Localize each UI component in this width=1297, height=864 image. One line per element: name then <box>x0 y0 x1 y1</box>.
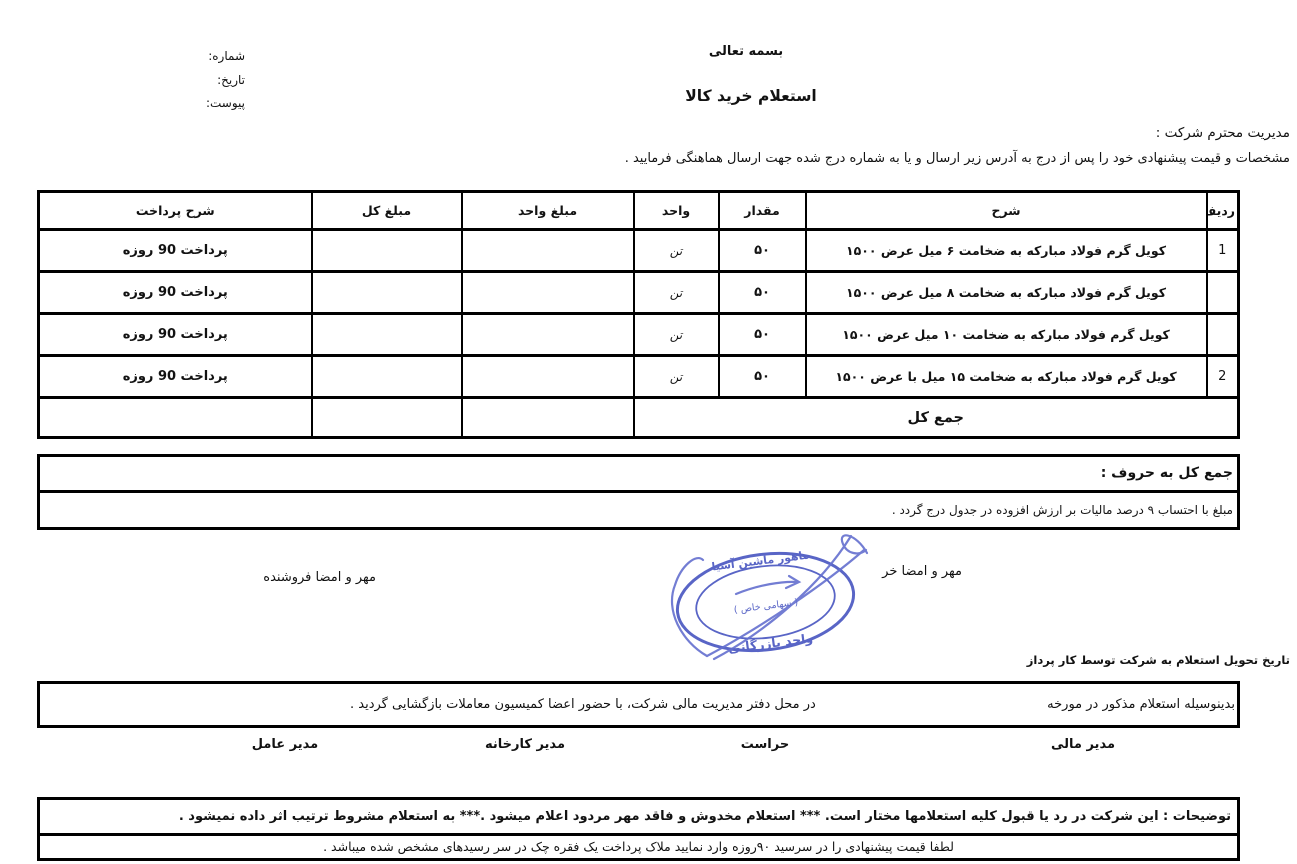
header-unit-price: مبلغ واحد <box>462 192 634 230</box>
row-total-blank <box>312 356 462 398</box>
header-row-no: ردیف <box>1207 192 1239 230</box>
attachment-label: پیوست: <box>155 92 245 116</box>
table-row: کویل گرم فولاد مبارکه به ضخامت ۸ میل عرض… <box>39 272 1239 314</box>
row-description: کویل گرم فولاد مبارکه به ضخامت ۱۰ میل عر… <box>806 314 1207 356</box>
buyer-signature-label: مهر و امضا خر <box>882 564 962 579</box>
header-quantity: مقدار <box>719 192 806 230</box>
remarks-text: توضیحات : این شرکت در رد یا قبول کلیه اس… <box>40 800 1237 836</box>
vat-note-text: مبلغ با احتساب ۹ درصد مالیات بر ارزش افز… <box>892 503 1233 517</box>
grand-total-label: جمع کل <box>634 398 1239 438</box>
instruction-text: مشخصات و قیمت پیشنهادی خود را پس از درج … <box>625 151 1290 166</box>
row-no <box>1207 272 1239 314</box>
header-payment-terms: شرح پرداخت <box>39 192 312 230</box>
seller-signature-label: مهر و امضا فروشنده <box>263 570 376 585</box>
row-unit: تن <box>634 230 719 272</box>
header-description: شرح <box>806 192 1207 230</box>
row-description: کویل گرم فولاد مبارکه به ضخامت ۸ میل عرض… <box>806 272 1207 314</box>
grand-total-row: جمع کل <box>39 398 1239 438</box>
total-in-words-box: جمع کل به حروف : <box>37 454 1240 493</box>
number-label: شماره: <box>155 45 245 69</box>
row-payment-terms: پرداخت 90 روزه <box>39 230 312 272</box>
header-total-price: مبلغ کل <box>312 192 462 230</box>
payment-note-text: لطفا قیمت پیشنهادی را در سرسید ۹۰روزه وا… <box>40 836 1237 858</box>
row-total-blank <box>312 230 462 272</box>
row-payment-terms: پرداخت 90 روزه <box>39 356 312 398</box>
approver-factory-manager: مدیر کارخانه <box>465 737 585 752</box>
header-unit: واحد <box>634 192 719 230</box>
opening-statement-center: در محل دفتر مدیریت مالی شرکت، با حضور اع… <box>350 684 816 725</box>
table-row: 2 کویل گرم فولاد مبارکه به ضخامت ۱۵ میل … <box>39 356 1239 398</box>
row-quantity: ۵۰ <box>719 230 806 272</box>
approver-security: حراست <box>715 737 815 752</box>
document-meta: شماره: تاریخ: پیوست: <box>155 45 245 116</box>
items-table-container: ردیف شرح مقدار واحد مبلغ واحد مبلغ کل شر… <box>37 190 1240 439</box>
signature-left-loop-stroke <box>672 558 707 656</box>
row-no <box>1207 314 1239 356</box>
salutation-text: مدیریت محترم شرکت : <box>1156 125 1290 141</box>
approver-finance-manager: مدیر مالی <box>1033 737 1133 752</box>
row-no: 1 <box>1207 230 1239 272</box>
grand-total-amount-blank <box>312 398 462 438</box>
page-title: استعلام خرید کالا <box>646 87 856 105</box>
row-description: کویل گرم فولاد مبارکه به ضخامت ۱۵ میل با… <box>806 356 1207 398</box>
row-unit-price-blank <box>462 314 634 356</box>
notes-box: توضیحات : این شرکت در رد یا قبول کلیه اس… <box>37 797 1240 861</box>
inquiry-document-page: شماره: تاریخ: پیوست: بسمه تعالی استعلام … <box>0 0 1297 864</box>
table-row: 1 کویل گرم فولاد مبارکه به ضخامت ۶ میل ع… <box>39 230 1239 272</box>
row-unit: تن <box>634 314 719 356</box>
row-quantity: ۵۰ <box>719 356 806 398</box>
vat-note-box: مبلغ با احتساب ۹ درصد مالیات بر ارزش افز… <box>37 490 1240 530</box>
table-row: کویل گرم فولاد مبارکه به ضخامت ۱۰ میل عر… <box>39 314 1239 356</box>
row-quantity: ۵۰ <box>719 272 806 314</box>
delivery-heading: تاریخ تحویل استعلام به شرکت توسط کار پرد… <box>1027 653 1290 667</box>
row-description: کویل گرم فولاد مبارکه به ضخامت ۶ میل عرض… <box>806 230 1207 272</box>
row-payment-terms: پرداخت 90 روزه <box>39 314 312 356</box>
bismillah-text: بسمه تعالی <box>646 44 846 59</box>
table-header-row: ردیف شرح مقدار واحد مبلغ واحد مبلغ کل شر… <box>39 192 1239 230</box>
row-total-blank <box>312 314 462 356</box>
row-no: 2 <box>1207 356 1239 398</box>
opening-statement-right: بدینوسیله استعلام مذکور در مورخه <box>1047 684 1235 725</box>
signature-long-stroke-1 <box>707 550 864 656</box>
handwritten-signature <box>640 520 890 670</box>
row-unit-price-blank <box>462 230 634 272</box>
grand-total-payment-blank <box>39 398 312 438</box>
row-unit-price-blank <box>462 356 634 398</box>
approver-managing-director: مدیر عامل <box>235 737 335 752</box>
row-unit: تن <box>634 272 719 314</box>
date-label: تاریخ: <box>155 69 245 93</box>
row-unit-price-blank <box>462 272 634 314</box>
row-payment-terms: پرداخت 90 روزه <box>39 272 312 314</box>
opening-statement-box: بدینوسیله استعلام مذکور در مورخه در محل … <box>37 681 1240 728</box>
total-in-words-label: جمع کل به حروف : <box>1101 465 1233 481</box>
row-quantity: ۵۰ <box>719 314 806 356</box>
row-total-blank <box>312 272 462 314</box>
items-table: ردیف شرح مقدار واحد مبلغ واحد مبلغ کل شر… <box>37 190 1240 439</box>
grand-total-unit-price-blank <box>462 398 634 438</box>
row-unit: تن <box>634 356 719 398</box>
